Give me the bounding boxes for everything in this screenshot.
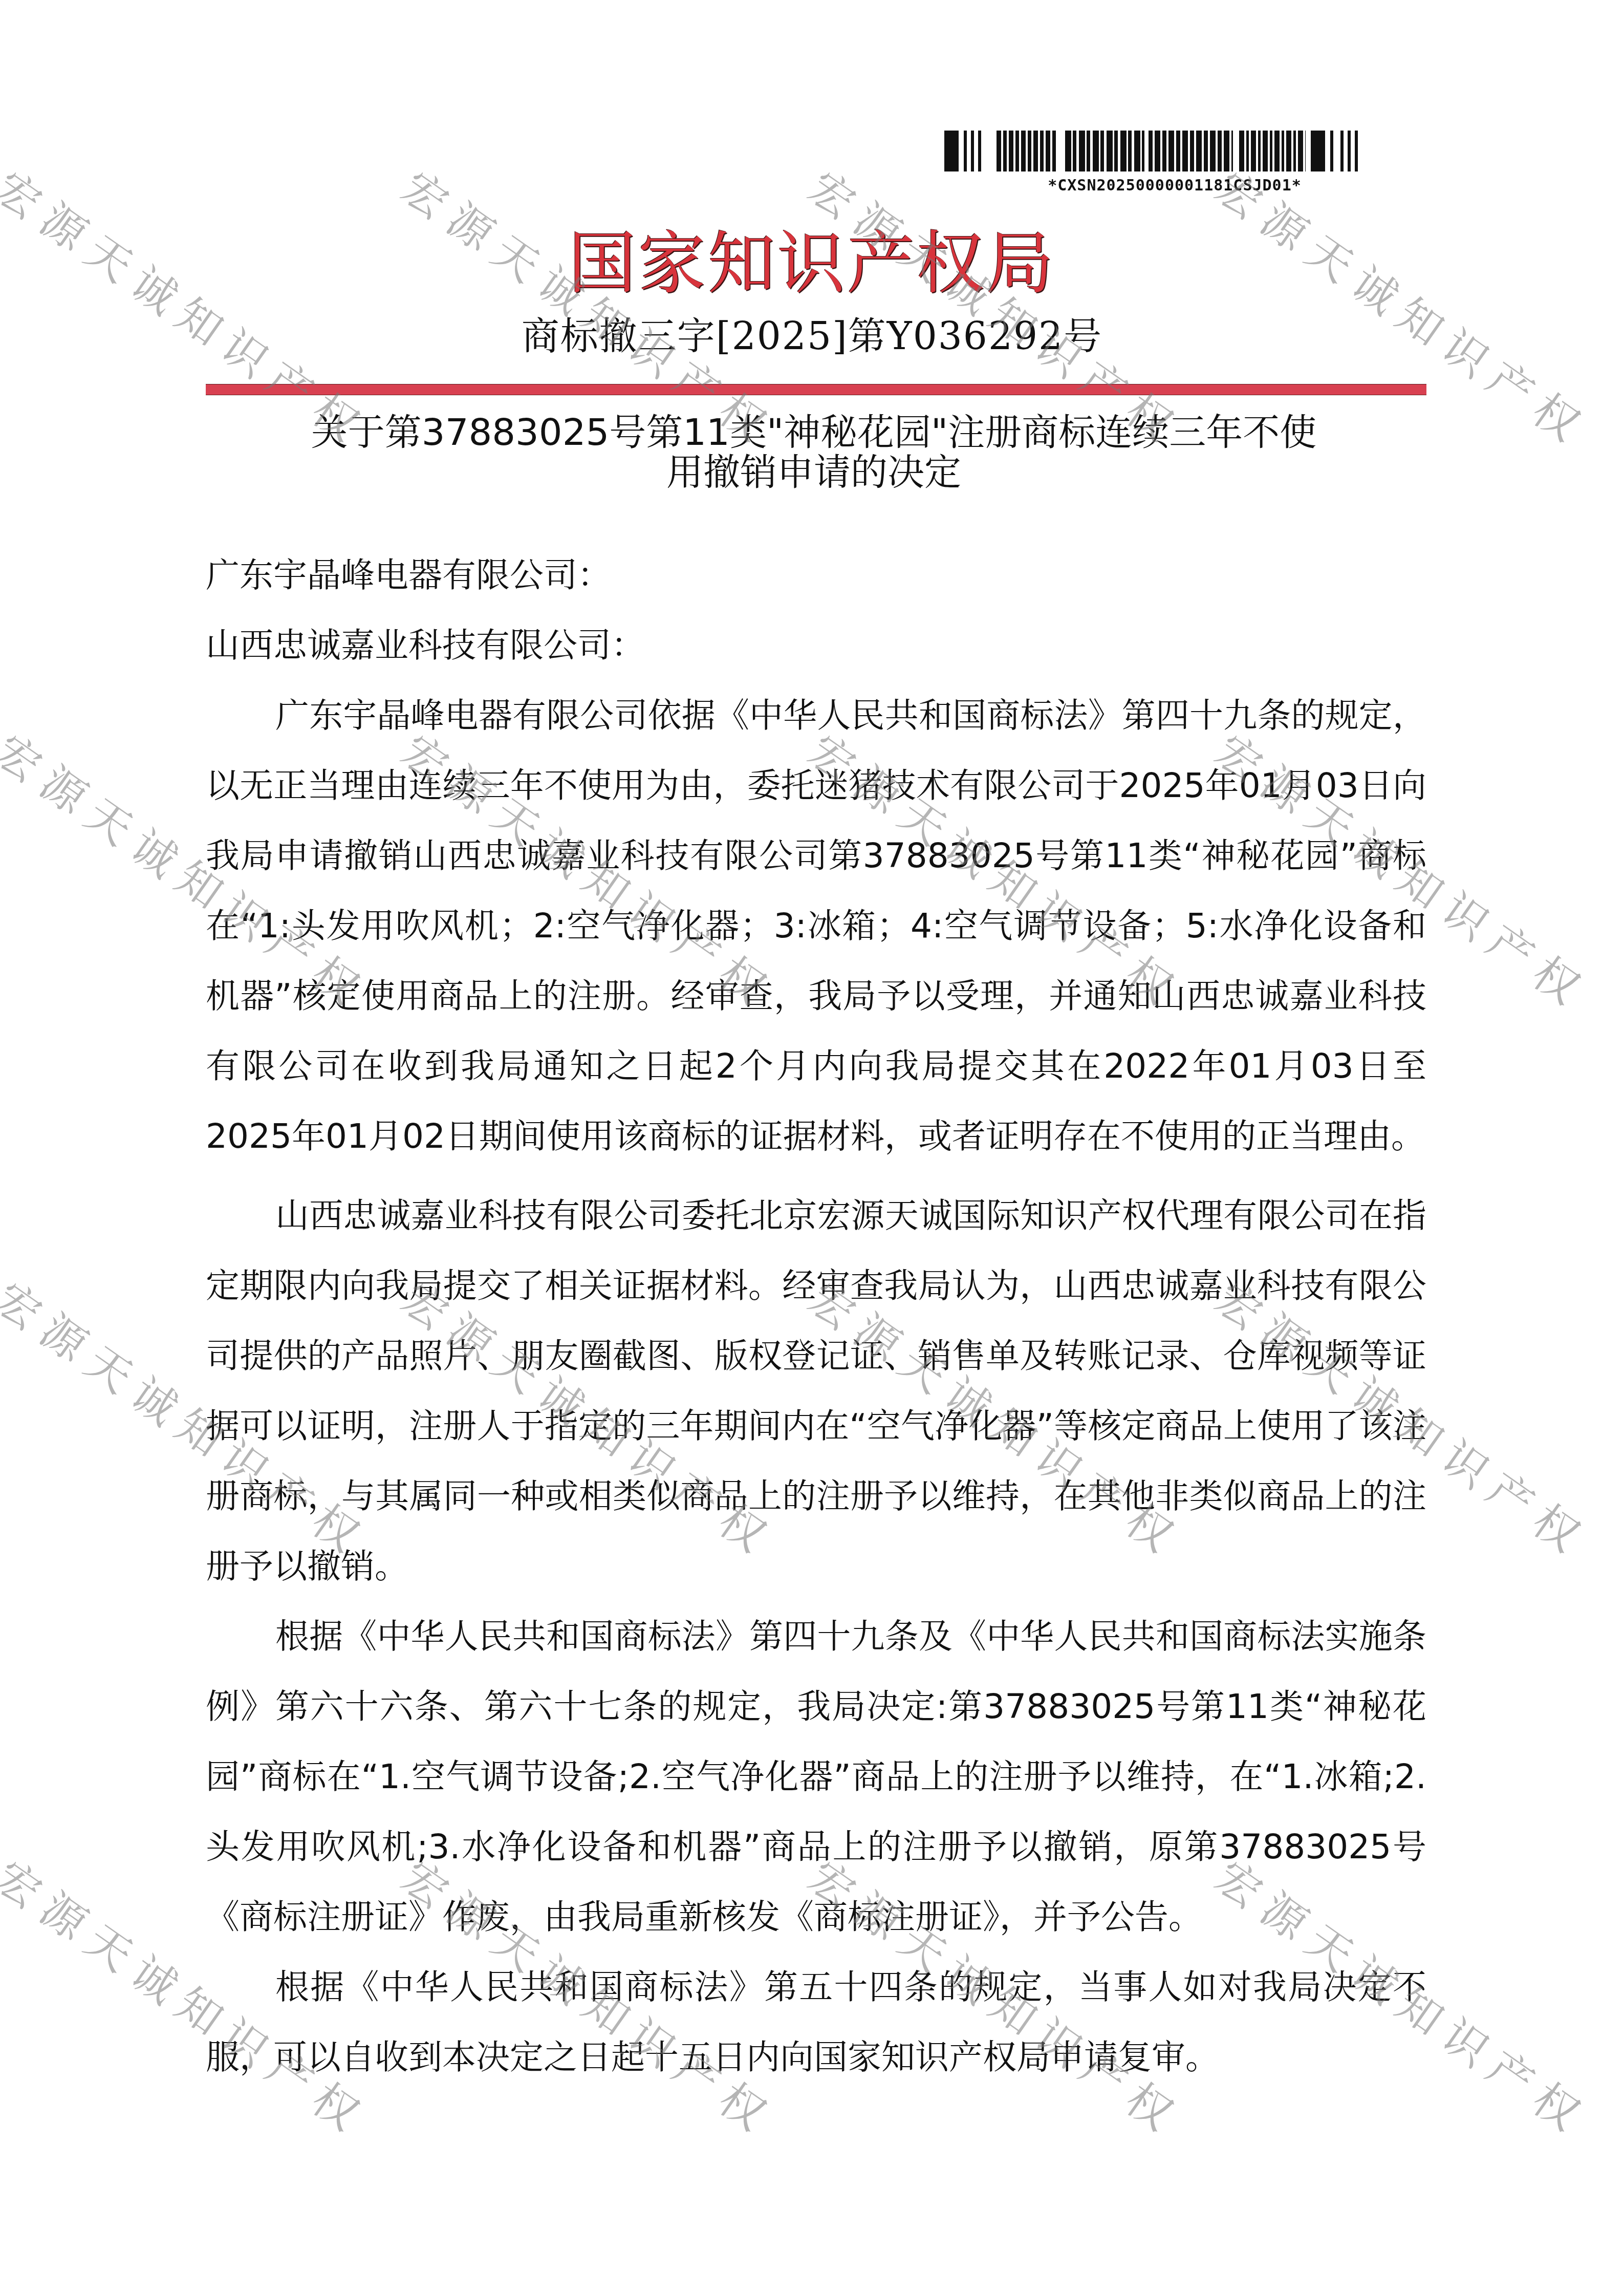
issuer-masthead: 国家知识产权局 [0, 225, 1624, 302]
paragraph-examination: 山西忠诚嘉业科技有限公司委托北京宏源天诚国际知识产权代理有限公司在指定期限内向我… [206, 1181, 1426, 1601]
decision-title-line-1: 关于第37883025号第11类"神秘花园"注册商标连续三年不使 [220, 412, 1408, 452]
addressee-applicant: 广东宇晶峰电器有限公司： [206, 540, 1426, 610]
document-page: *CXSN20250000001181CSJD01* 国家知识产权局 商标撤三字… [0, 0, 1624, 2296]
paragraph-decision: 根据《中华人民共和国商标法》第四十九条及《中华人民共和国商标法实施条例》第六十六… [206, 1601, 1426, 1952]
addressee-registrant: 山西忠诚嘉业科技有限公司： [206, 610, 1426, 680]
decision-title: 关于第37883025号第11类"神秘花园"注册商标连续三年不使 用撤销申请的决… [220, 412, 1408, 492]
red-divider-rule [206, 384, 1426, 395]
document-body: 广东宇晶峰电器有限公司： 山西忠诚嘉业科技有限公司： 广东宇晶峰电器有限公司依据… [206, 540, 1426, 2092]
paragraph-application: 广东宇晶峰电器有限公司依据《中华人民共和国商标法》第四十九条的规定，以无正当理由… [206, 680, 1426, 1171]
barcode [944, 131, 1384, 171]
barcode-serial: *CXSN20250000001181CSJD01* [970, 177, 1379, 195]
paragraph-appeal-notice: 根据《中华人民共和国商标法》第五十四条的规定，当事人如对我局决定不服，可以自收到… [206, 1952, 1426, 2092]
decision-title-line-2: 用撤销申请的决定 [220, 452, 1408, 492]
document-number: 商标撤三字[2025]第Y036292号 [0, 313, 1624, 359]
